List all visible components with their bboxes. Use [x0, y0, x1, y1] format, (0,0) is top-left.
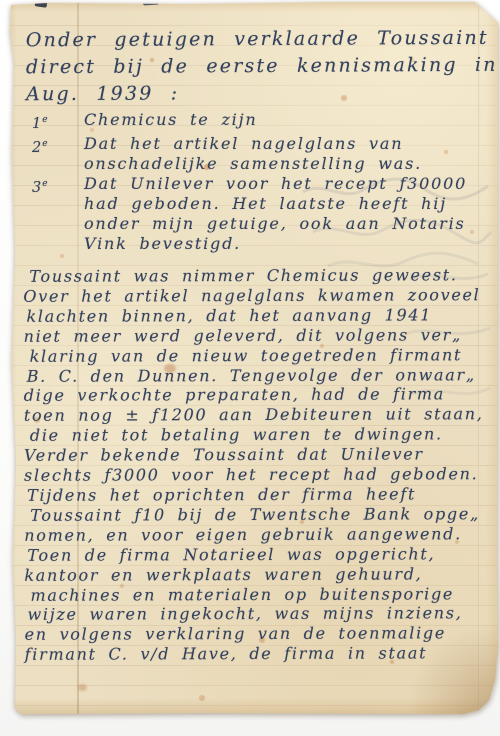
scan-background: Onder getuigen verklaarde Toussaintdirec…	[0, 0, 500, 736]
handwritten-line: Dat Unilever voor het recept ƒ30000	[84, 174, 467, 194]
handwritten-line: Vink bevestigd.	[84, 234, 467, 254]
handwritten-line: Chemicus te zijn	[84, 110, 257, 130]
handwritten-line: slechts ƒ3000 voor het recept had gebode…	[24, 464, 484, 486]
list-item-lines: Dat het artikel nagelglans vanonschadeli…	[84, 134, 422, 174]
intro-paragraph: Onder getuigen verklaarde Toussaintdirec…	[26, 25, 498, 108]
handwritten-line: Onder getuigen verklaarde Toussaint	[26, 25, 498, 54]
handwritten-line: Toussaint ƒ10 bij de Twentsche Bank opge…	[30, 504, 484, 525]
handwritten-line: en volgens verklaring van de toenmalige	[25, 624, 485, 646]
handwritten-line: machines en materialen op buitensporige	[30, 584, 484, 605]
handwritten-line: Verder bekende Toussaint dat Unilever	[24, 444, 484, 466]
list-item-lines: Dat Unilever voor het recept ƒ30000had g…	[84, 174, 467, 254]
handwritten-line: nomen, en voor eigen gebruik aangewend.	[24, 524, 484, 546]
handwritten-line: niet meer werd geleverd, dit volgens ver…	[24, 325, 484, 347]
handwritten-line: onder mijn getuige, ook aan Notaris	[84, 214, 467, 234]
list-item: 3eDat Unilever voor het recept ƒ30000had…	[32, 174, 467, 254]
list-marker-suffix: e	[42, 139, 48, 149]
list-marker-suffix: e	[42, 179, 48, 189]
scan-artifact-mark	[143, 0, 159, 6]
handwritten-line: had geboden. Het laatste heeft hij	[84, 194, 467, 214]
scan-artifact-mark	[35, 0, 48, 8]
handwritten-line: firmant C. v/d Have, de firma in staat	[25, 643, 485, 665]
handwritten-line: die niet tot betaling waren te dwingen.	[30, 424, 484, 445]
handwritten-line: Tijdens het oprichten der firma heeft	[27, 484, 484, 506]
handwritten-line: klachten binnen, dat het aanvang 1941	[26, 305, 483, 327]
list-marker: 1e	[32, 110, 84, 134]
list-marker-suffix: e	[42, 115, 48, 125]
list-item: 1eChemicus te zijn	[32, 110, 467, 134]
handwritten-line: wijze waren ingekocht, was mijns inziens…	[27, 604, 484, 626]
handwritten-line: kantoor en werkplaats waren gehuurd,	[24, 564, 484, 586]
list-item-lines: Chemicus te zijn	[84, 110, 257, 130]
handwritten-line: onschadelijke samenstelling was.	[84, 154, 422, 174]
handwritten-line: toen nog ± ƒ1200 aan Debiteuren uit staa…	[24, 405, 484, 427]
handwritten-line: B. C. den Dunnen. Tengevolge der onwaar„	[27, 365, 484, 387]
handwritten-line: Aug. 1939 :	[26, 79, 498, 108]
handwritten-line: Toussaint was nimmer Chemicus geweest.	[29, 265, 483, 286]
handwritten-line: Over het artikel nagelglans kwamen zoove…	[23, 285, 483, 307]
paper-shadow-wrap: Onder getuigen verklaarde Toussaintdirec…	[0, 0, 500, 736]
body-paragraph: Toussaint was nimmer Chemicus geweest.Ov…	[23, 265, 484, 665]
list-marker: 3e	[32, 174, 84, 198]
handwritten-line: Dat het artikel nagelglans van	[84, 134, 422, 154]
list-marker: 2e	[32, 134, 84, 158]
handwritten-line: dige verkochte preparaten, had de firma	[24, 385, 484, 407]
foxing-spots	[8, 2, 12, 6]
numbered-statement-list: 1eChemicus te zijn2eDat het artikel nage…	[32, 110, 467, 254]
list-item: 2eDat het artikel nagelglans vanonschade…	[32, 134, 467, 174]
handwritten-line: klaring van de nieuw toegetreden firmant	[30, 345, 484, 366]
handwritten-line: Toen de firma Notarieel was opgericht,	[27, 544, 484, 566]
handwritten-line: direct bij de eerste kennismaking in	[26, 52, 498, 81]
rust-blotch	[78, 684, 87, 691]
paper-sheet: Onder getuigen verklaarde Toussaintdirec…	[8, 2, 498, 714]
